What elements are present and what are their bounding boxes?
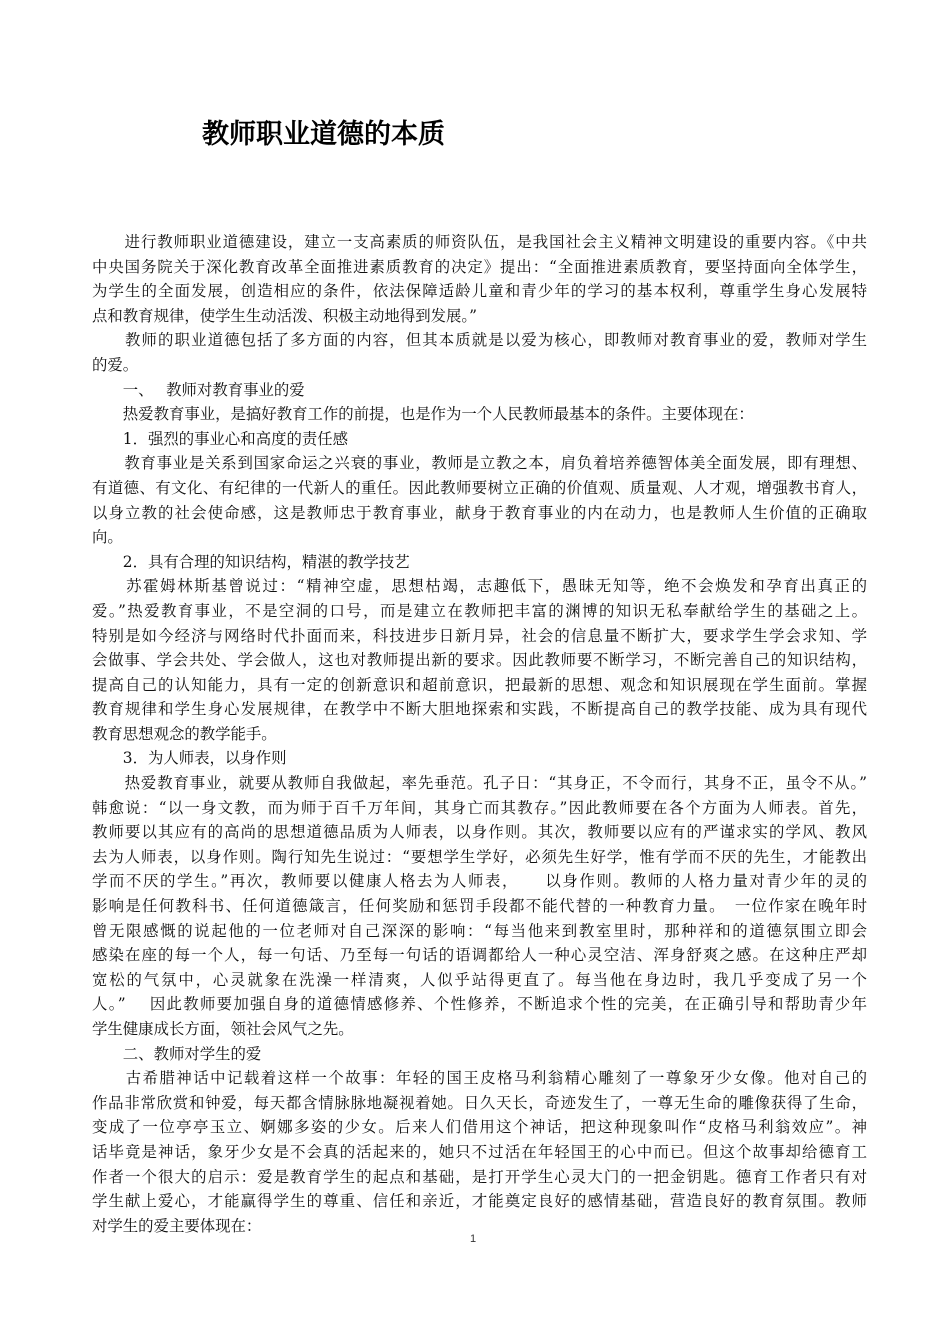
text-line: 以身立教的社会使命感，这是教师忠于教育事业，献身于教育事业的内在动力，也是教师人… — [92, 501, 867, 526]
text-line: 一、 教师对教育事业的爱 — [92, 378, 867, 403]
document-title: 教师职业道德的本质 — [202, 112, 445, 151]
text-line: 提高自己的认知能力，具有一定的创新意识和超前意识，把最新的思想、观念和知识展现在… — [92, 673, 867, 698]
text-line: 爱。”热爱教育事业，不是空洞的口号，而是建立在教师把丰富的渊博的知识无私奉献给学… — [92, 599, 867, 624]
document-page: 教师职业道德的本质 进行教师职业道德建设，建立一支高素质的师资队伍，是我国社会主… — [0, 0, 950, 1344]
text-line: 学而不厌的学生。”再次，教师要以健康人格去为人师表， 以身作则。教师的人格力量对… — [92, 869, 867, 894]
text-line: 学生献上爱心，才能赢得学生的尊重、信任和亲近，才能奠定良好的感情基础，营造良好的… — [92, 1189, 867, 1214]
text-line: 变成了一位亭亭玉立、婀娜多姿的少女。后来人们借用这个神话，把这种现象叫作“皮格马… — [92, 1115, 867, 1140]
text-line: 进行教师职业道德建设，建立一支高素质的师资队伍，是我国社会主义精神文明建设的重要… — [92, 230, 867, 255]
text-line: 点和教育规律，使学生生动活泼、积极主动地得到发展。” — [92, 304, 867, 329]
text-line: 苏霍姆林斯基曾说过：“精神空虚，思想枯竭，志趣低下，愚昧无知等，绝不会焕发和孕育… — [92, 574, 867, 599]
text-line: 宽松的气氛中，心灵就象在洗澡一样清爽，人似乎站得更直了。每当他在身边时，我几乎变… — [92, 968, 867, 993]
text-line: 3．为人师表，以身作则 — [92, 746, 867, 771]
text-line: 学生健康成长方面，领社会风气之先。 — [92, 1017, 867, 1042]
text-line: 去为人师表，以身作则。陶行知先生说过：“要想学生学好，必须先生好学，惟有学而不厌… — [92, 845, 867, 870]
text-line: 人。” 因此教师要加强自身的道德情感修养、个性修养，不断追求个性的完美，在正确引… — [92, 992, 867, 1017]
text-line: 教育事业是关系到国家命运之兴衰的事业，教师是立教之本，肩负着培养德智体美全面发展… — [92, 451, 867, 476]
text-line: 中央国务院关于深化教育改革全面推进素质教育的决定》提出：“全面推进素质教育，要坚… — [92, 255, 867, 280]
text-line: 古希腊神话中记载着这样一个故事：年轻的国王皮格马利翁精心雕刻了一尊象牙少女像。他… — [92, 1066, 867, 1091]
text-line: 作者一个很大的启示：爱是教育学生的起点和基础，是打开学生心灵大门的一把金钥匙。德… — [92, 1165, 867, 1190]
page-number: 1 — [470, 1233, 476, 1245]
text-line: 特别是如今经济与网络时代扑面而来，科技进步日新月异，社会的信息量不断扩大，要求学… — [92, 624, 867, 649]
text-line: 会做事、学会共处、学会做人，这也对教师提出新的要求。因此教师要不断学习，不断完善… — [92, 648, 867, 673]
text-line: 向。 — [92, 525, 867, 550]
document-body: 进行教师职业道德建设，建立一支高素质的师资队伍，是我国社会主义精神文明建设的重要… — [92, 230, 867, 1238]
text-line: 的爱。 — [92, 353, 867, 378]
text-line: 感染在座的每一个人，每一句话、乃至每一句话的语调都给人一种心灵空洁、浑身舒爽之感… — [92, 943, 867, 968]
text-line: 热爱教育事业，是搞好教育工作的前提，也是作为一个人民教师最基本的条件。主要体现在… — [92, 402, 867, 427]
text-line: 作品非常欣赏和钟爱，每天都含情脉脉地凝视着她。日久天长，奇迹发生了，一尊无生命的… — [92, 1091, 867, 1116]
text-line: 教师要以其应有的高尚的思想道德品质为人师表，以身作则。其次，教师要以应有的严谨求… — [92, 820, 867, 845]
text-line: 教育思想观念的教学能手。 — [92, 722, 867, 747]
text-line: 教育规律和学生身心发展规律，在教学中不断大胆地探索和实践，不断提高自己的教学技能… — [92, 697, 867, 722]
text-line: 二、教师对学生的爱 — [92, 1042, 867, 1067]
text-line: 2．具有合理的知识结构，精湛的教学技艺 — [92, 550, 867, 575]
text-line: 热爱教育事业，就要从教师自我做起，率先垂范。孔子日：“其身正，不令而行，其身不正… — [92, 771, 867, 796]
text-line: 为学生的全面发展，创造相应的条件，依法保障适龄儿童和青少年的学习的基本权利，尊重… — [92, 279, 867, 304]
text-line: 对学生的爱主要体现在： — [92, 1214, 867, 1239]
text-line: 有道德、有文化、有纪律的一代新人的重任。因此教师要树立正确的价值观、质量观、人才… — [92, 476, 867, 501]
text-line: 话毕竟是神话，象牙少女是不会真的活起来的，她只不过活在年轻国王的心中而已。但这个… — [92, 1140, 867, 1165]
text-line: 1．强烈的事业心和高度的责任感 — [92, 427, 867, 452]
text-line: 曾无限感慨的说起他的一位老师对自己深深的影响：“每当他来到教室里时，那种祥和的道… — [92, 919, 867, 944]
text-line: 教师的职业道德包括了多方面的内容，但其本质就是以爱为核心，即教师对教育事业的爱，… — [92, 328, 867, 353]
text-line: 影响是任何教科书、任何道德箴言，任何奖励和惩罚手段都不能代替的一种教育力量。 一… — [92, 894, 867, 919]
text-line: 韩愈说：“以一身文教，而为师于百千万年间，其身亡而其教存。”因此教师要在各个方面… — [92, 796, 867, 821]
